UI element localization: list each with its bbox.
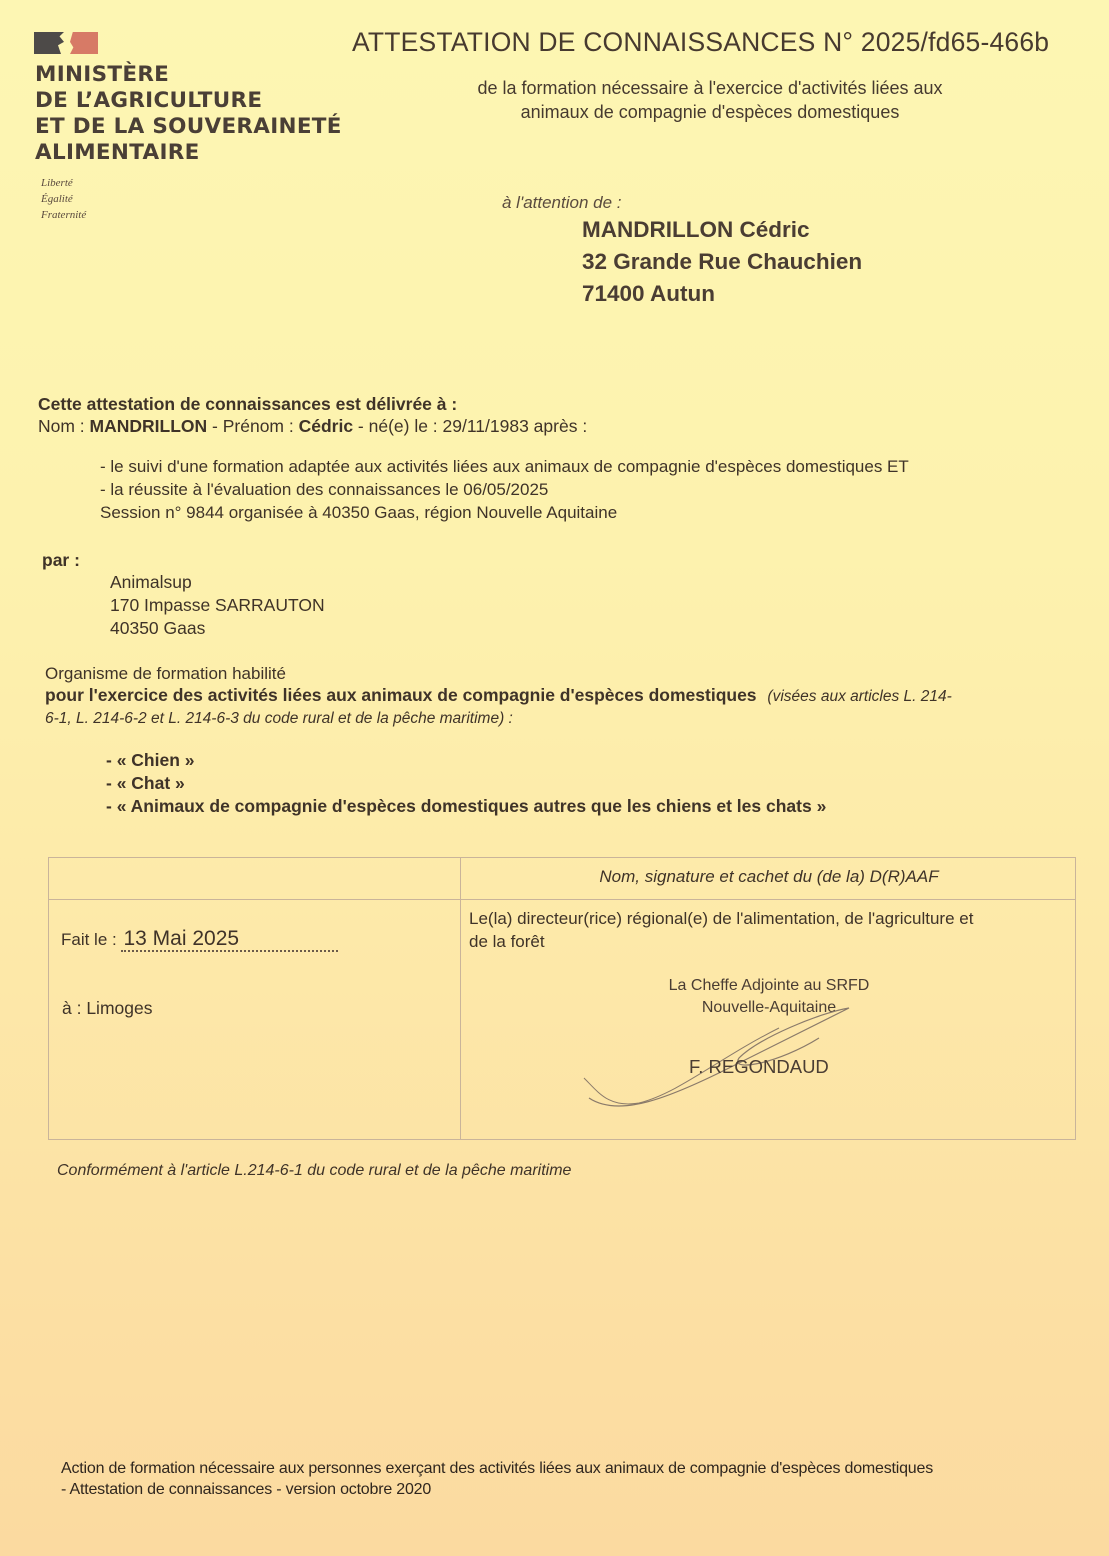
ministry-line: DE L’AGRICULTURE — [35, 88, 342, 114]
footer-line: Action de formation nécessaire aux perso… — [61, 1458, 933, 1479]
habilitation-line2: pour l'exercice des activités liées aux … — [45, 684, 1085, 708]
document-title: ATTESTATION DE CONNAISSANCES N° 2025/fd6… — [352, 27, 1049, 58]
ministry-name: MINISTÈRE DE L’AGRICULTURE ET DE LA SOUV… — [35, 62, 342, 166]
delivery-heading: Cette attestation de connaissances est d… — [38, 393, 457, 416]
director-title: Le(la) directeur(rice) régional(e) de l'… — [469, 907, 973, 953]
director-line: de la forêt — [469, 930, 973, 953]
recipient-street: 32 Grande Rue Chauchien — [582, 246, 862, 278]
par-label: par : — [42, 549, 80, 572]
ministry-line: ET DE LA SOUVERAINETÉ — [35, 114, 342, 140]
legal-note: Conformément à l'article L.214-6-1 du co… — [57, 1159, 571, 1182]
category-chat: - « Chat » — [106, 772, 826, 795]
organizer-street: 170 Impasse SARRAUTON — [110, 594, 325, 617]
fait-le-value: 13 Mai 2025 — [121, 928, 338, 952]
signature-header: Nom, signature et cachet du (de la) D(R)… — [461, 867, 1077, 887]
ministry-line: MINISTÈRE — [35, 62, 342, 88]
condition-item: - le suivi d'une formation adaptée aux a… — [100, 455, 909, 478]
footer: Action de formation nécessaire aux perso… — [61, 1458, 933, 1500]
fait-le-row: Fait le : 13 Mai 2025 — [61, 928, 338, 952]
prenom-label: - Prénom : — [207, 416, 298, 436]
signatory-title-line: La Cheffe Adjointe au SRFD — [609, 975, 929, 997]
republic-logo — [34, 32, 98, 54]
nom-value: MANDRILLON — [90, 416, 208, 436]
organizer-city: 40350 Gaas — [110, 617, 325, 640]
conditions-list: - le suivi d'une formation adaptée aux a… — [100, 455, 909, 524]
republic-motto: Liberté Égalité Fraternité — [41, 175, 86, 223]
attention-label: à l'attention de : — [502, 193, 622, 213]
category-autres: - « Animaux de compagnie d'espèces domes… — [106, 795, 826, 818]
condition-item: - la réussite à l'évaluation des connais… — [100, 478, 909, 501]
footer-line: - Attestation de connaissances - version… — [61, 1479, 933, 1500]
subtitle-line: de la formation nécessaire à l'exercice … — [420, 76, 1000, 100]
organizer-address-block: Animalsup 170 Impasse SARRAUTON 40350 Ga… — [110, 571, 325, 640]
marianne-flag-icon — [34, 32, 98, 54]
prenom-value: Cédric — [299, 416, 353, 436]
motto-egalite: Égalité — [41, 191, 86, 207]
lieu: à : Limoges — [62, 998, 152, 1019]
organizer-name: Animalsup — [110, 571, 325, 594]
signatory-name: F. REGONDAUD — [689, 1056, 829, 1078]
recipient-address-block: MANDRILLON Cédric 32 Grande Rue Chauchie… — [582, 214, 862, 310]
fait-le-label: Fait le : — [61, 930, 117, 949]
categories-list: - « Chien » - « Chat » - « Animaux de co… — [106, 749, 826, 818]
habilitation-articles: (visées aux articles L. 214- — [767, 688, 951, 705]
director-line: Le(la) directeur(rice) régional(e) de l'… — [469, 907, 973, 930]
subtitle-line: animaux de compagnie d'espèces domestiqu… — [420, 100, 1000, 124]
category-chien: - « Chien » — [106, 749, 826, 772]
delivery-identity: Nom : MANDRILLON - Prénom : Cédric - né(… — [38, 415, 587, 438]
habilitation-activities: pour l'exercice des activités liées aux … — [45, 685, 757, 705]
recipient-city: 71400 Autun — [582, 278, 862, 310]
recipient-name: MANDRILLON Cédric — [582, 214, 862, 246]
motto-fraternite: Fraternité — [41, 207, 86, 223]
session-info: Session n° 9844 organisée à 40350 Gaas, … — [100, 501, 909, 524]
nom-label: Nom : — [38, 416, 90, 436]
habilitation-line1: Organisme de formation habilité — [45, 662, 286, 685]
habilitation-articles-cont: 6-1, L. 214-6-2 et L. 214-6-3 du code ru… — [45, 707, 513, 730]
motto-liberte: Liberté — [41, 175, 86, 191]
document-subtitle: de la formation nécessaire à l'exercice … — [420, 76, 1000, 124]
ministry-line: ALIMENTAIRE — [35, 140, 342, 166]
birthdate-text: - né(e) le : 29/11/1983 après : — [353, 416, 587, 436]
signature-table: Nom, signature et cachet du (de la) D(R)… — [48, 857, 1076, 1140]
